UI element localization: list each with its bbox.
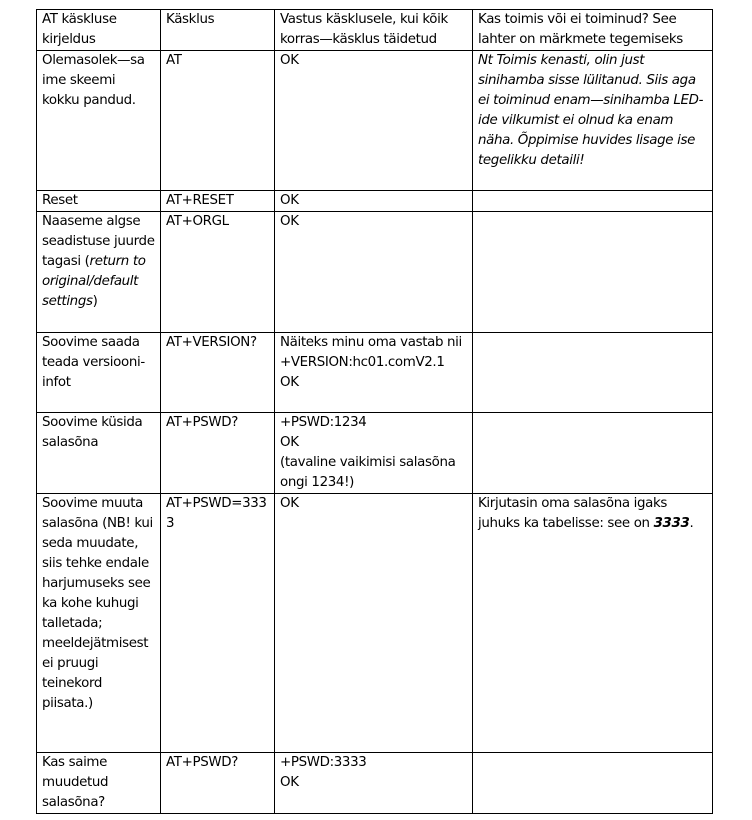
table-row: Kas saime muudetud salasõna? AT+PSWD? +P… [37, 753, 713, 814]
response-line: OK [280, 212, 467, 232]
header-notes: Kas toimis või ei toiminud? See lahter o… [473, 10, 713, 51]
row-note: Nt Toimis kenasti, olin just sinihamba s… [473, 51, 713, 191]
response-line: +PSWD:3333 [280, 753, 467, 773]
response-line: +PSWD:1234 [280, 413, 467, 433]
response-line: (tavaline vaikimisi salasõna ongi 1234!) [280, 453, 467, 493]
row-note [473, 413, 713, 494]
row-note [473, 333, 713, 413]
row-response: OK [275, 191, 473, 212]
row-description: Reset [37, 191, 161, 212]
row-description: Kas saime muudetud salasõna? [37, 753, 161, 814]
row-command: AT+PSWD=3333 [161, 494, 275, 753]
table-row: Soovime küsida salasõna AT+PSWD? +PSWD:1… [37, 413, 713, 494]
at-commands-table: AT käskluse kirjeldus Käsklus Vastus käs… [36, 9, 713, 814]
response-line: OK [280, 433, 467, 453]
table-row: Soovime saada teada versiooni-infot AT+V… [37, 333, 713, 413]
response-line: OK [280, 773, 467, 793]
row-description: Soovime küsida salasõna [37, 413, 161, 494]
row-response: +PSWD:1234 OK (tavaline vaikimisi salasõ… [275, 413, 473, 494]
note-text: . [689, 516, 693, 531]
row-response: +PSWD:3333 OK [275, 753, 473, 814]
response-line: Näiteks minu oma vastab nii [280, 333, 467, 353]
table-row: Olemasolek—sa ime skeemi kokku pandud. A… [37, 51, 713, 191]
table-header-row: AT käskluse kirjeldus Käsklus Vastus käs… [37, 10, 713, 51]
row-note [473, 191, 713, 212]
table-row: Soovime muuta salasõna (NB! kui seda muu… [37, 494, 713, 753]
header-response: Vastus käsklusele, kui kõik korras—käskl… [275, 10, 473, 51]
row-description: Naaseme algse seadistuse juurde tagasi (… [37, 212, 161, 333]
response-line: OK [280, 51, 467, 71]
row-command: AT+ORGL [161, 212, 275, 333]
table-row: Reset AT+RESET OK [37, 191, 713, 212]
row-note: Kirjutasin oma salasõna igaks juhuks ka … [473, 494, 713, 753]
row-note [473, 753, 713, 814]
row-response: OK [275, 494, 473, 753]
row-description: Soovime saada teada versiooni-infot [37, 333, 161, 413]
row-description: Olemasolek—sa ime skeemi kokku pandud. [37, 51, 161, 191]
row-command: AT+PSWD? [161, 753, 275, 814]
response-line: OK [280, 373, 467, 393]
row-description: Soovime muuta salasõna (NB! kui seda muu… [37, 494, 161, 753]
description-text: ) [93, 294, 98, 309]
row-command: AT [161, 51, 275, 191]
row-note [473, 212, 713, 333]
row-response: Näiteks minu oma vastab nii +VERSION:hc0… [275, 333, 473, 413]
response-line: OK [280, 191, 467, 211]
note-text: Kirjutasin oma salasõna igaks juhuks ka … [478, 496, 667, 531]
response-line: OK [280, 494, 467, 514]
header-command: Käsklus [161, 10, 275, 51]
row-command: AT+VERSION? [161, 333, 275, 413]
row-response: OK [275, 51, 473, 191]
header-description: AT käskluse kirjeldus [37, 10, 161, 51]
row-response: OK [275, 212, 473, 333]
password-value: 3333 [654, 516, 690, 531]
row-command: AT+PSWD? [161, 413, 275, 494]
table-row: Naaseme algse seadistuse juurde tagasi (… [37, 212, 713, 333]
response-line: +VERSION:hc01.comV2.1 [280, 353, 467, 373]
row-command: AT+RESET [161, 191, 275, 212]
